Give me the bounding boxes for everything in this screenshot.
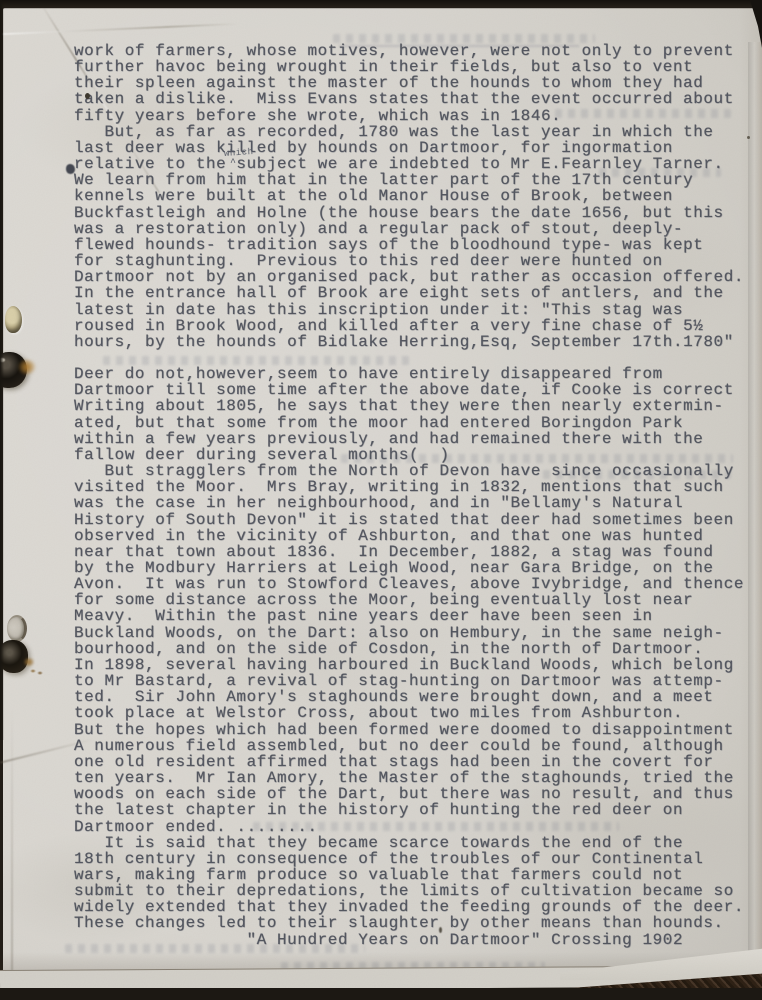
punch-hole-ring (7, 615, 27, 642)
binding-fastener-lower (0, 640, 28, 673)
paper-page: work of farmers, whose motives, however,… (3, 8, 762, 974)
photo-edge-bottom (0, 988, 762, 1000)
photo-edge-top (0, 0, 762, 9)
typescript-body: work of farmers, whose motives, however,… (74, 43, 744, 948)
fold-crease-top (3, 23, 238, 35)
handwritten-insertion-word: which (224, 147, 254, 159)
page-edge-shadow-bottom-left (11, 708, 13, 988)
photo-edge-left (0, 0, 4, 740)
ink-speck (85, 93, 90, 99)
page-edge-right (748, 42, 762, 962)
punch-hole (5, 306, 22, 333)
rust-stains (30, 668, 44, 676)
insertion-caret: ^ (230, 158, 236, 169)
photographed-document: work of farmers, whose motives, however,… (0, 0, 762, 1000)
ink-blot (66, 164, 75, 174)
ink-speck (439, 927, 442, 933)
